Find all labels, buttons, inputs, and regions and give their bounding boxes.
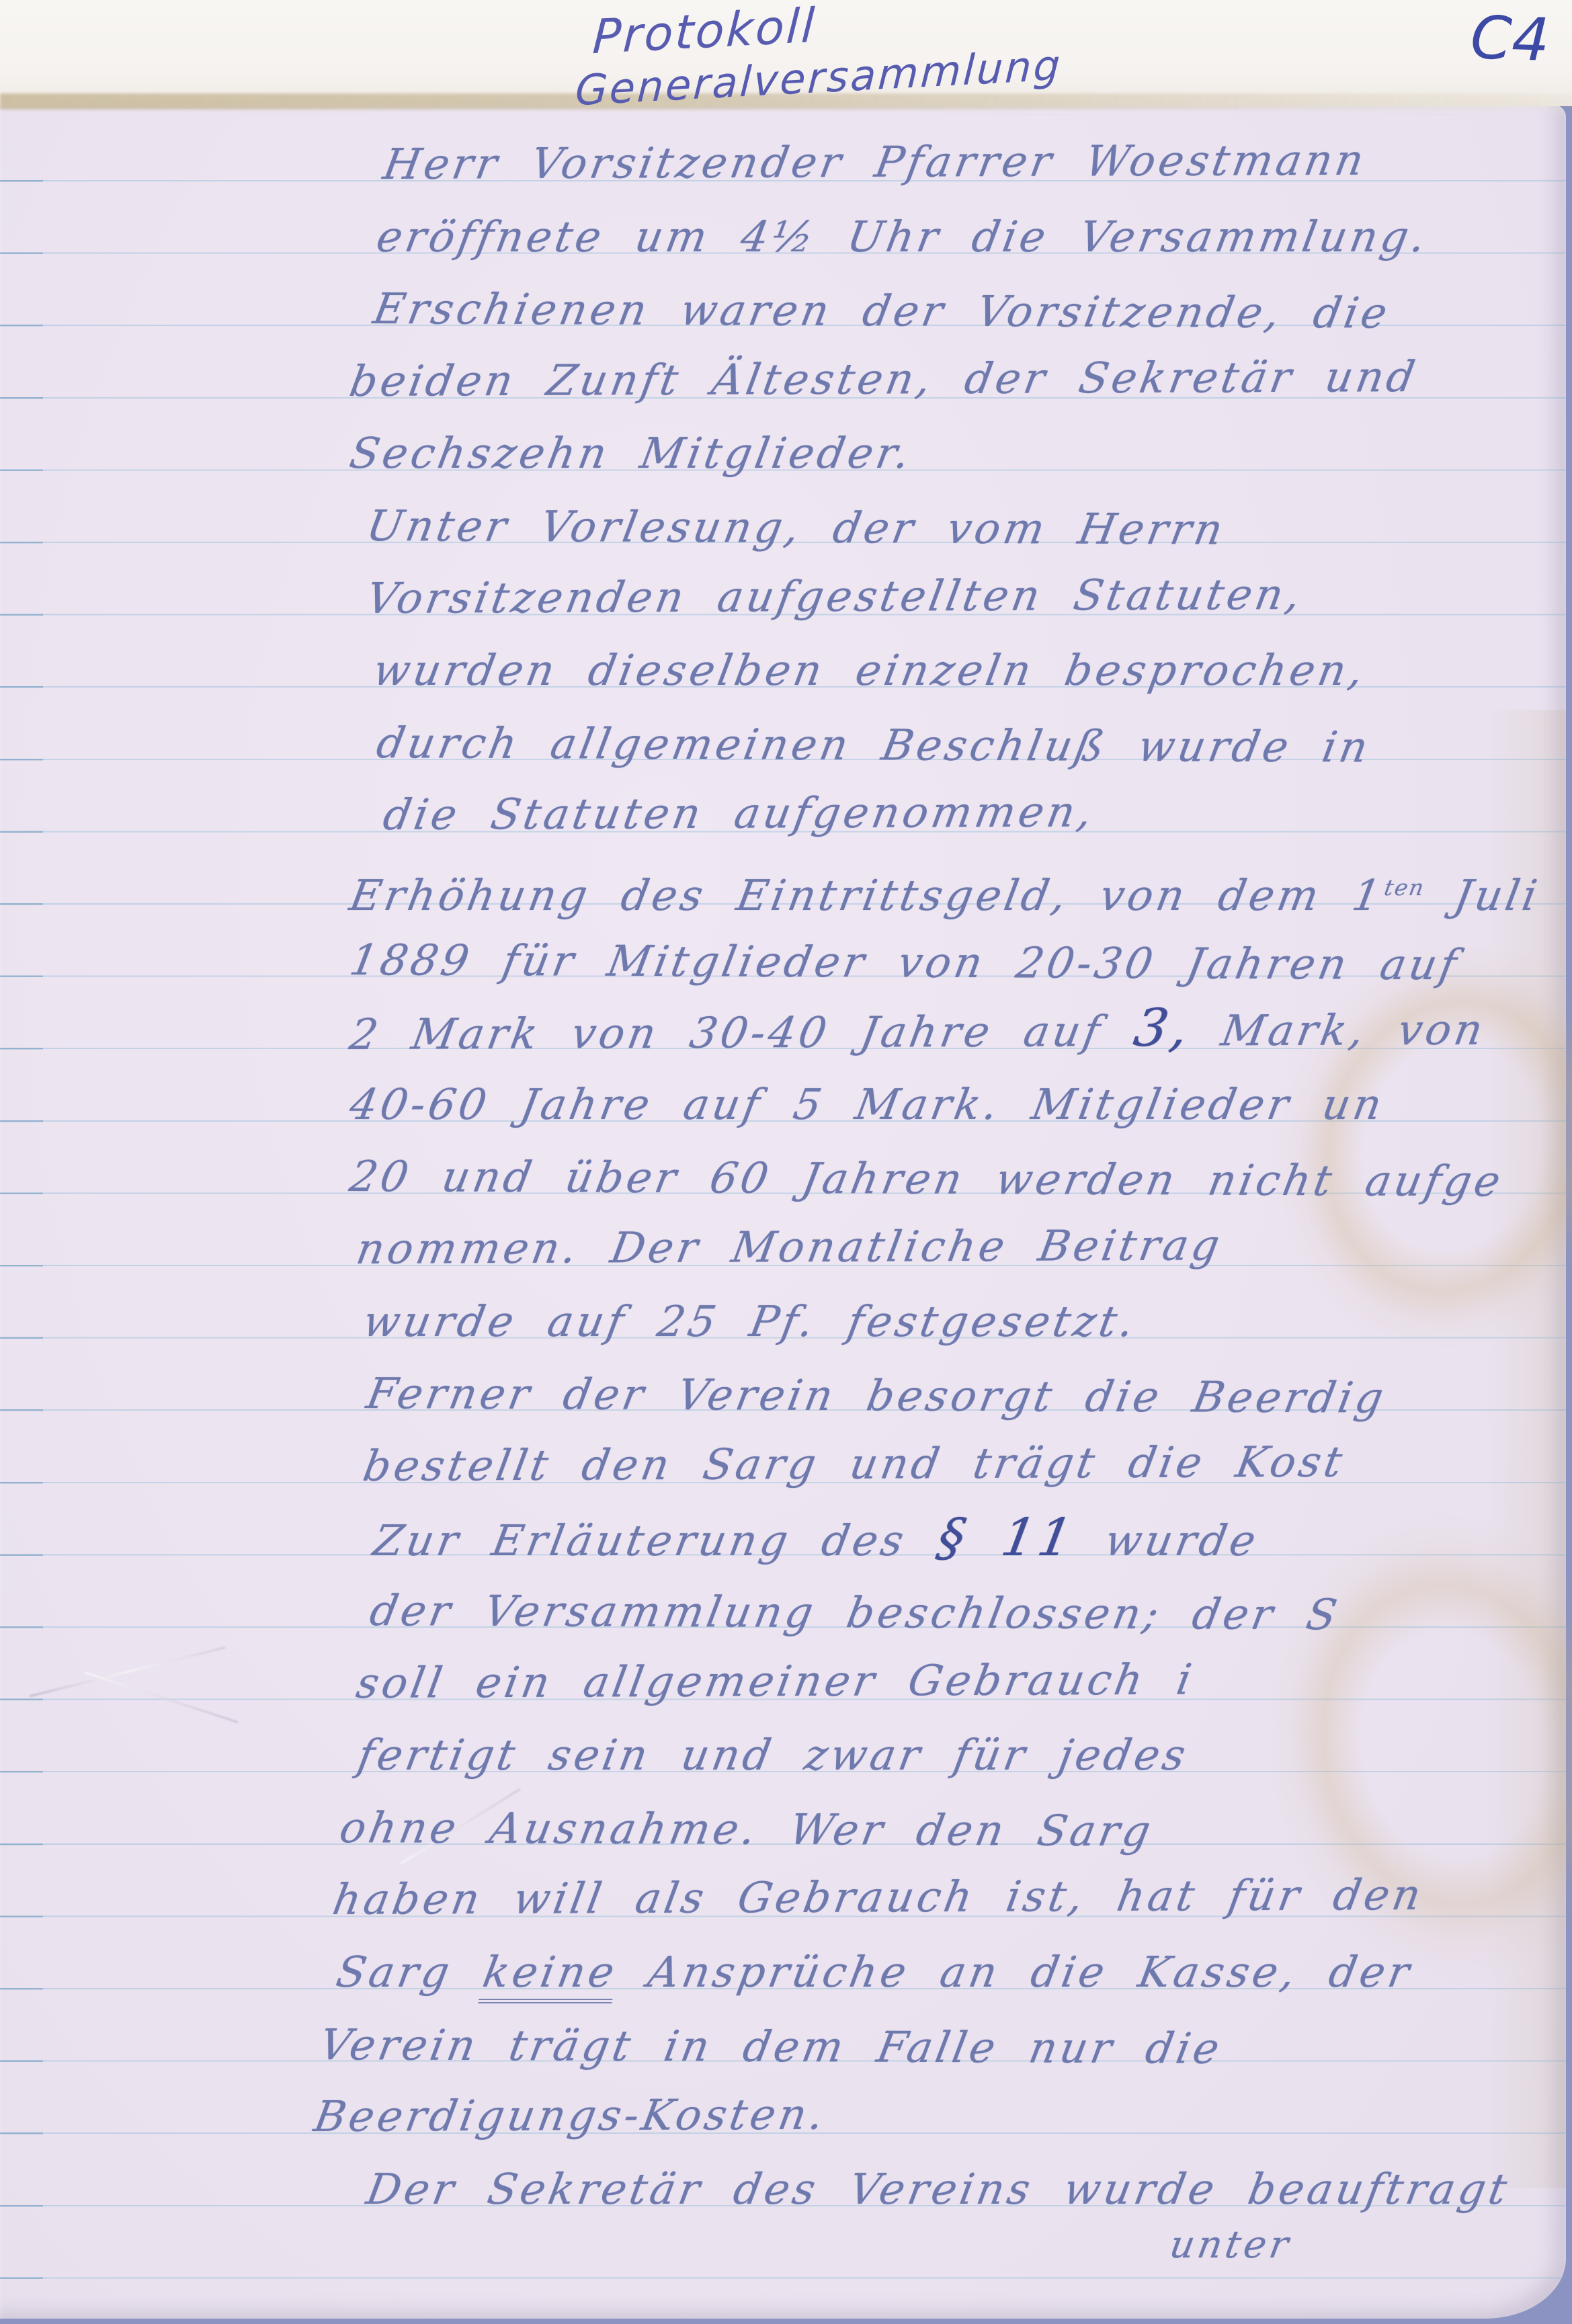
manuscript-text: Sechszehn Mitglieder.	[346, 429, 917, 478]
manuscript-line: Herr Vorsitzender Pfarrer Woestmann	[380, 136, 1370, 189]
manuscript-line: wurde auf 25 Pf. festgesetzt.	[360, 1298, 1141, 1346]
manuscript-line: eröffnete um 4½ Uhr die Versammlung.	[373, 213, 1432, 261]
manuscript-line: ohne Ausnahme. Wer den Sarg	[336, 1804, 1157, 1856]
manuscript-text: Der Sekretär des Vereins wurde beauftrag…	[363, 2165, 1514, 2214]
manuscript-text: durch allgemeinen Beschluß wurde in	[373, 718, 1375, 772]
manuscript-text: Juli	[1419, 871, 1544, 920]
manuscript-text: ten	[1382, 875, 1427, 901]
manuscript-text: Ansprüche an die Kasse, der	[613, 1948, 1417, 1997]
manuscript-text: Herr Vorsitzender Pfarrer Woestmann	[380, 136, 1370, 189]
manuscript-line: Der Sekretär des Vereins wurde beauftrag…	[363, 2165, 1514, 2214]
manuscript-line: 2 Mark von 30-40 Jahre auf 3, Mark, von	[346, 1003, 1490, 1059]
manuscript-line: die Statuten aufgenommen,	[380, 788, 1099, 839]
manuscript-line: wurden dieselben einzeln besprochen,	[370, 647, 1370, 695]
manuscript-line: Erhöhung des Eintrittsgeld, von dem 1ten…	[346, 864, 1545, 920]
manuscript-text: eröffnete um 4½ Uhr die Versammlung.	[373, 212, 1433, 261]
manuscript-line: beiden Zunft Ältesten, der Sekretär und	[346, 353, 1421, 406]
scanned-manuscript-page: Protokoll Generalversammlung C4 Herr Vor…	[0, 0, 1572, 2324]
manuscript-text: Erschienen waren der Vorsitzende, die	[370, 284, 1394, 338]
manuscript-line: Sechszehn Mitglieder.	[346, 429, 917, 478]
manuscript-text: wurde	[1070, 1516, 1263, 1565]
manuscript-text: Unter Vorlesung, der vom Herrn	[363, 501, 1230, 554]
manuscript-underlined-word: keine	[478, 1948, 621, 2003]
manuscript-text: Ferner der Verein besorgt die Beerdig	[363, 1369, 1391, 1423]
archival-page-number: C4	[1469, 3, 1550, 75]
manuscript-text: die Statuten aufgenommen,	[380, 787, 1099, 839]
manuscript-text: soll ein allgemeiner Gebrauch i	[353, 1655, 1198, 1708]
manuscript-text: 40-60 Jahre auf 5 Mark. Mitglieder un	[346, 1080, 1389, 1129]
manuscript-text: der Versammlung beschlossen; der S	[366, 1586, 1344, 1639]
manuscript-line: Ferner der Verein besorgt die Beerdig	[363, 1370, 1391, 1423]
manuscript-emphasis: § 11	[933, 1508, 1079, 1568]
manuscript-line: Unter Vorlesung, der vom Herrn	[363, 502, 1230, 554]
manuscript-text: haben will als Gebrauch ist, hat für den	[329, 1870, 1428, 1924]
edge-discoloration	[1485, 710, 1566, 2188]
manuscript-line: Vorsitzenden aufgestellten Statuten,	[363, 571, 1307, 623]
manuscript-text: Sarg	[333, 1948, 488, 1997]
manuscript-line: nommen. Der Monatliche Beitrag	[353, 1221, 1227, 1274]
manuscript-text: Verein trägt in dem Falle nur die	[316, 2020, 1227, 2073]
ruled-lines-left-edge	[0, 180, 43, 2313]
manuscript-line: soll ein allgemeiner Gebrauch i	[353, 1656, 1198, 1708]
manuscript-text: 2 Mark von 30-40 Jahre auf	[346, 1007, 1139, 1059]
manuscript-line: der Versammlung beschlossen; der S	[366, 1587, 1343, 1639]
manuscript-text: fertigt sein und zwar für jedes	[354, 1731, 1192, 1780]
manuscript-line: Verein trägt in dem Falle nur die	[316, 2021, 1227, 2073]
manuscript-text: Erhöhung des Eintrittsgeld, von dem 1	[346, 871, 1388, 920]
manuscript-text: Zur Erläuterung des	[370, 1516, 942, 1565]
manuscript-line: 1889 für Mitglieder von 20-30 Jahren auf	[346, 936, 1463, 989]
manuscript-line: bestellt den Sarg und trägt die Kost	[360, 1438, 1349, 1491]
manuscript-line: 40-60 Jahre auf 5 Mark. Mitglieder un	[346, 1081, 1389, 1129]
catchword: unter	[1166, 2221, 1295, 2270]
manuscript-line: 20 und über 60 Jahren werden nicht aufge	[346, 1153, 1507, 1206]
manuscript-text: wurden dieselben einzeln besprochen,	[370, 646, 1370, 695]
manuscript-text: Beerdigungs-Kosten.	[311, 2090, 831, 2141]
manuscript-line: fertigt sein und zwar für jedes	[354, 1731, 1192, 1780]
manuscript-text: ohne Ausnahme. Wer den Sarg	[336, 1803, 1157, 1856]
manuscript-text: 20 und über 60 Jahren werden nicht aufge	[346, 1152, 1507, 1206]
manuscript-line: durch allgemeinen Beschluß wurde in	[373, 719, 1374, 772]
manuscript-line: Beerdigungs-Kosten.	[311, 2091, 831, 2141]
manuscript-text: beiden Zunft Ältesten, der Sekretär und	[346, 352, 1421, 406]
manuscript-text: 1889 für Mitglieder von 20-30 Jahren auf	[346, 936, 1464, 989]
manuscript-text: bestellt den Sarg und trägt die Kost	[360, 1438, 1349, 1491]
manuscript-text: nommen. Der Monatliche Beitrag	[353, 1220, 1227, 1274]
manuscript-text: Vorsitzenden aufgestellten Statuten,	[363, 570, 1307, 623]
manuscript-emphasis: 3,	[1130, 999, 1196, 1059]
manuscript-line: Zur Erläuterung des § 11 wurde	[370, 1514, 1263, 1565]
manuscript-line: haben will als Gebrauch ist, hat für den	[329, 1871, 1428, 1924]
manuscript-line: Sarg keine Ansprüche an die Kasse, der	[333, 1948, 1416, 1997]
manuscript-text: wurde auf 25 Pf. festgesetzt.	[360, 1297, 1141, 1346]
manuscript-text: Mark, von	[1186, 1005, 1489, 1056]
manuscript-line: Erschienen waren der Vorsitzende, die	[370, 285, 1394, 338]
